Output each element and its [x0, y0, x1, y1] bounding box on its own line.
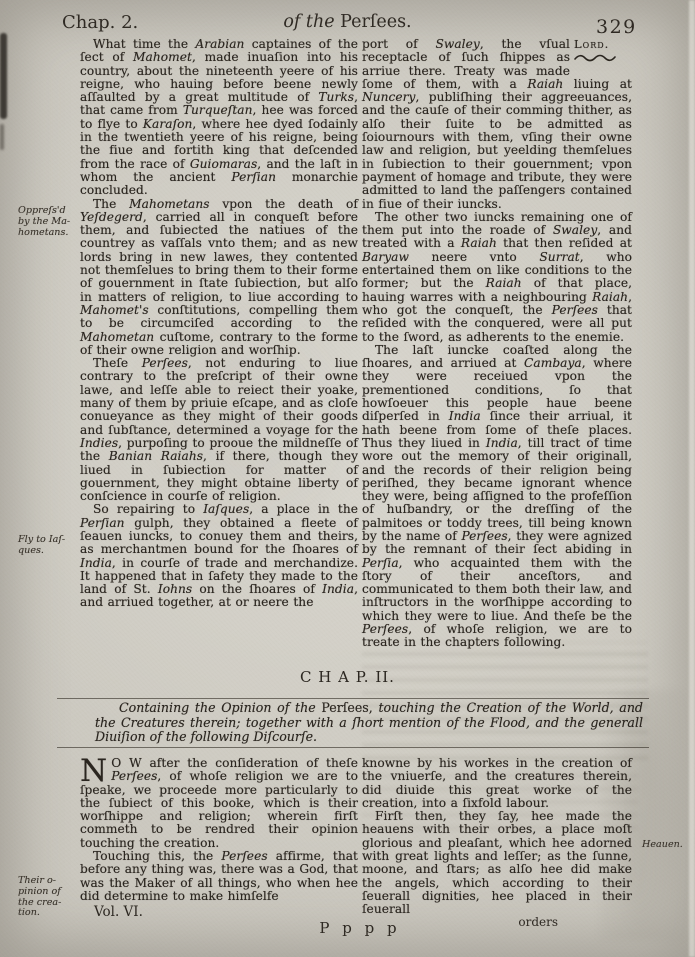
- right-column-top: Lord. port of Swaley, the vſual receptac…: [362, 38, 632, 650]
- paragraph: The Mahometans vpon the death of Yeſdege…: [80, 198, 358, 358]
- scan-edge-blemish-small: [0, 124, 4, 150]
- margin-note-lord: Lord.: [574, 38, 632, 66]
- margin-note-fly-to-iasques: Fly to Iaſ- ques.: [18, 535, 78, 557]
- margin-note-heauen: Heauen.: [642, 840, 692, 851]
- rule-divider: [57, 698, 649, 699]
- volume-label: Vol. VI.: [94, 904, 143, 920]
- page-number: 329: [596, 16, 637, 38]
- scanned-book-page: { "header": { "chapter_label": "Chap. 2.…: [0, 0, 695, 957]
- right-column-bottom: knowne by his workes in the creation of …: [362, 757, 632, 917]
- margin-note-opinion-of-creation: Their o- pinion of the crea- tion.: [18, 876, 78, 919]
- paragraph: The laſt iuncke coaſted along the ſhoare…: [362, 344, 632, 650]
- catchword: orders: [362, 915, 558, 929]
- left-column-top: What time the Arabian captaines of the ſ…: [80, 38, 358, 610]
- chapter-heading: C H A P. II.: [0, 668, 695, 686]
- drop-cap: N: [80, 759, 107, 783]
- rule-divider: [57, 747, 649, 748]
- paragraph: knowne by his workes in the creation of …: [362, 757, 632, 810]
- paragraph: What time the Arabian captaines of the ſ…: [80, 38, 358, 198]
- running-header-title-italic: of the: [283, 12, 334, 32]
- left-column-bottom: NO W after the conſideration of theſe Pe…: [80, 757, 358, 903]
- paragraph: Touching this, the Perſees affirme, that…: [80, 850, 358, 903]
- scan-edge-blemish: [0, 33, 7, 119]
- flourish-icon: [574, 52, 632, 65]
- chapter-argument: Containing the Opinion of the Perſees, t…: [95, 701, 643, 745]
- margin-note-oppressed: Oppreſs'd by the Ma- hometans.: [18, 206, 78, 238]
- margin-note-lord-label: Lord.: [574, 38, 632, 51]
- paragraph: The other two iuncks remaining one of th…: [362, 211, 632, 344]
- paragraph: Firſt then, they ſay, hee made the heaue…: [362, 810, 632, 916]
- running-header-title: of the Perſees.: [0, 12, 695, 32]
- paragraph: Theſe Perſees, not enduring to liue cont…: [80, 357, 358, 503]
- running-header-title-roman: Perſees.: [335, 12, 412, 32]
- paragraph-text: O W after the conſideration of theſe Per…: [80, 756, 358, 850]
- paragraph-with-dropcap: NO W after the conſideration of theſe Pe…: [80, 757, 358, 850]
- scan-edge-highlight: [689, 0, 695, 957]
- paragraph: So repairing to Iaſques, a place in the …: [80, 503, 358, 609]
